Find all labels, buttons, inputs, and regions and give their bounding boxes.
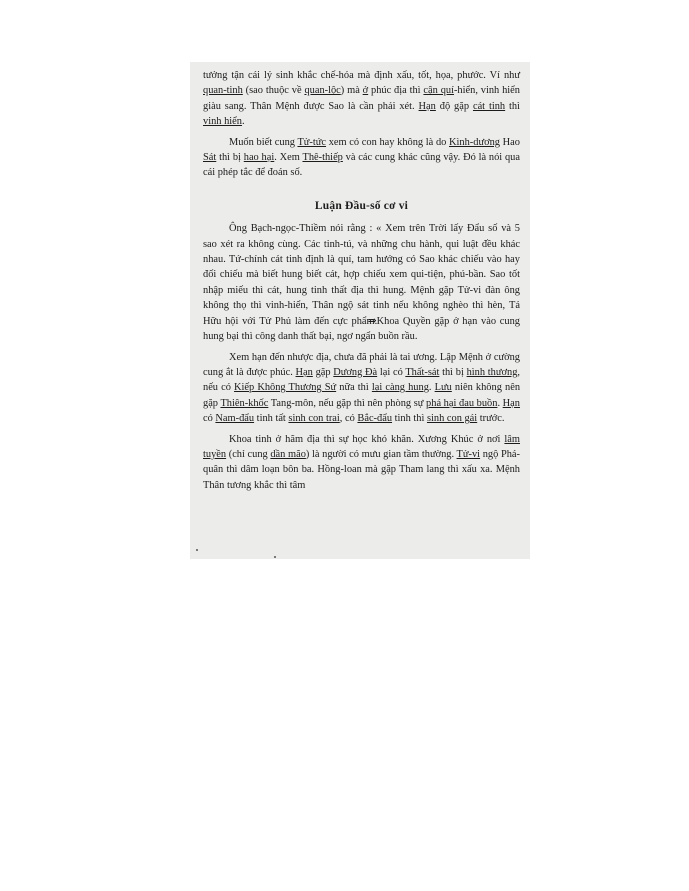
text-run: Ông Bạch-ngọc-Thiềm nói rằng : « Xem trê… <box>203 223 520 326</box>
underlined-term: Dương Đà <box>333 367 377 378</box>
text-run: độ gặp <box>436 101 473 112</box>
paragraph-p1: Muốn biết cung Tử-tức xem có con hay khô… <box>203 135 520 181</box>
text-run: gặp <box>313 367 333 378</box>
scanned-book-page: tưởng tận cái lý sinh khắc chế-hóa mà đị… <box>190 62 530 559</box>
underlined-term: Hạn <box>419 101 436 112</box>
text-run: Khoa tinh ở hãm địa thì sự học khó khăn.… <box>229 434 504 445</box>
underlined-term: Kiếp Không Thương Sứ <box>234 382 336 393</box>
text-run: trước. <box>477 413 504 424</box>
paragraph-p4: Khoa tinh ở hãm địa thì sự học khó khăn.… <box>203 432 520 494</box>
underlined-term: Nam-đẩu <box>215 413 254 424</box>
text-run: Hao <box>500 137 520 148</box>
underlined-term: lại càng hung <box>372 382 429 393</box>
underlined-term: hao hại <box>244 152 275 163</box>
text-run: phúc địa thì <box>368 85 423 96</box>
text-run: . Xem <box>274 152 302 163</box>
margin-arrow-mark: ⇒ <box>368 316 377 327</box>
text-run: lại có <box>377 367 405 378</box>
underlined-term: Sát <box>203 152 216 163</box>
text-run: xem có con hay không là do <box>326 137 449 148</box>
text-run: nữa thì <box>336 382 372 393</box>
text-run: tinh thì <box>392 413 427 424</box>
underlined-term: quan-lộc <box>304 85 340 96</box>
text-run: thì bị <box>439 367 466 378</box>
underlined-term: Tử-tức <box>297 137 326 148</box>
text-block-section: Ông Bạch-ngọc-Thiềm nói rằng : « Xem trê… <box>203 221 520 493</box>
paragraph-p2: Ông Bạch-ngọc-Thiềm nói rằng : « Xem trê… <box>203 221 520 344</box>
underlined-term: Lưu <box>435 382 452 393</box>
text-run: tưởng tận cái lý sinh khắc chế-hóa mà đị… <box>203 70 520 81</box>
paragraph-p3: Xem hạn đến nhược địa, chưa đã phải là t… <box>203 350 520 427</box>
text-run: ) mà <box>341 85 363 96</box>
underlined-term: hình thương <box>467 367 518 378</box>
paragraph-p0: tưởng tận cái lý sinh khắc chế-hóa mà đị… <box>203 68 520 130</box>
text-run: ) là người có mưu gian tầm thường. <box>306 449 457 460</box>
underlined-term: Hạn <box>503 398 520 409</box>
underlined-term: Thất-sát <box>405 367 439 378</box>
underlined-term: dần mão <box>270 449 306 460</box>
text-run: (sao thuộc về <box>243 85 305 96</box>
text-run: , có <box>340 413 358 424</box>
underlined-term: cát tinh <box>473 101 505 112</box>
section-heading: Luận Đầu-số cơ vi <box>203 199 520 214</box>
text-block-intro: tưởng tận cái lý sinh khắc chế-hóa mà đị… <box>203 68 520 181</box>
text-run: . <box>242 116 245 127</box>
underlined-term: Thiên-khốc <box>220 398 268 409</box>
underlined-term: Thê-thiếp <box>302 152 342 163</box>
underlined-term: vinh hiển <box>203 116 242 127</box>
underlined-term: quan-tinh <box>203 85 243 96</box>
text-run: Tang-môn, nếu gặp thì nên phòng sự <box>268 398 426 409</box>
underlined-term: Tử-vi <box>457 449 481 460</box>
text-run: thì bị <box>216 152 243 163</box>
underlined-term: sinh con trai <box>288 413 339 424</box>
text-run: tinh tất <box>254 413 288 424</box>
text-run: Muốn biết cung <box>229 137 297 148</box>
underlined-term: Bắc-đẩu <box>357 413 392 424</box>
scan-speck <box>274 556 276 558</box>
text-run: (chỉ cung <box>226 449 270 460</box>
text-run: có <box>203 413 215 424</box>
underlined-term: phá hại đau buồn <box>426 398 497 409</box>
underlined-term: Hạn <box>296 367 313 378</box>
text-run: thì <box>505 101 520 112</box>
scan-speck <box>196 549 198 551</box>
underlined-term: sinh con gái <box>427 413 477 424</box>
underlined-term: Kình-dương <box>449 137 500 148</box>
underlined-term: cận quí <box>423 85 454 96</box>
